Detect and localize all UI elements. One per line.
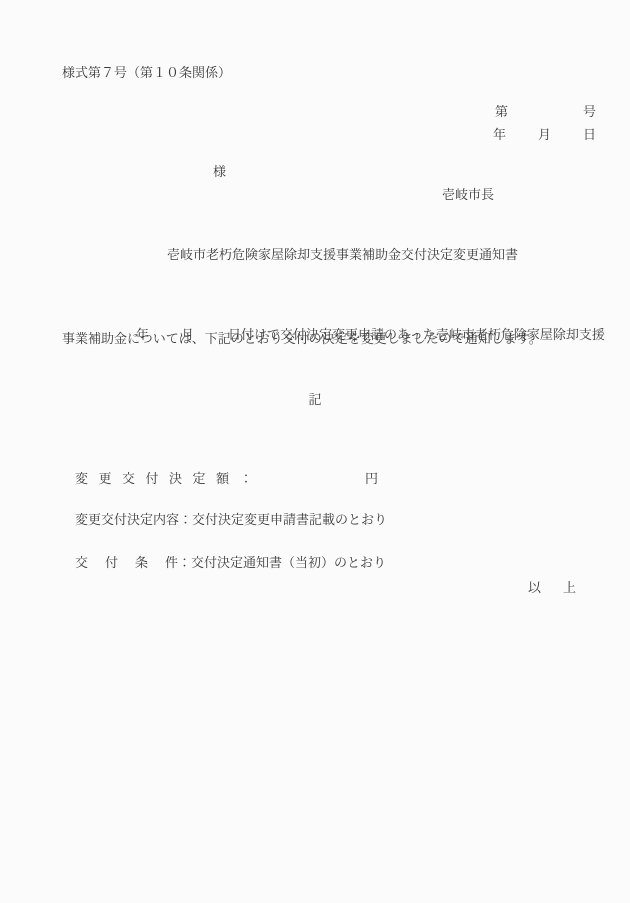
blank-amount-value <box>263 482 365 483</box>
addressee-suffix: 様 <box>213 164 226 179</box>
record-marker: 記 <box>0 391 630 408</box>
blank-date-month <box>506 138 538 139</box>
content-value: ：交付決定変更申請書記載のとおり <box>179 512 387 527</box>
date-line: 年月日 <box>480 109 596 160</box>
document-title: 壱岐市老朽危険家屋除却支援事業補助金交付決定変更通知書 <box>167 246 518 263</box>
date-day-label: 日 <box>583 127 596 142</box>
amount-unit: 円 <box>365 471 378 486</box>
sender-line: 壱岐市長 <box>442 186 494 203</box>
date-year-label: 年 <box>493 127 506 142</box>
body-line-2: 事業補助金については、下記のとおり交付の決定を変更しましたので通知します。 <box>62 330 542 347</box>
blank-date-day <box>551 138 583 139</box>
date-month-label: 月 <box>538 127 551 142</box>
addressee-line: 様 <box>200 146 226 197</box>
closing-line: 以 上 <box>528 579 581 596</box>
condition-label: 交付条件 <box>75 554 178 571</box>
content-label: 変更交付決定内容 <box>75 512 179 527</box>
condition-value: ：交付決定通知書（当初）のとおり <box>178 555 386 570</box>
document-page: 様式第７号（第１０条関係） 第号 年月日 様 壱岐市長 壱岐市老朽危険家屋除却支… <box>0 0 630 903</box>
amount-label: 変更交付決定額： <box>75 471 263 486</box>
condition-line: 交付条件：交付決定通知書（当初）のとおり <box>62 537 386 588</box>
form-number: 様式第７号（第１０条関係） <box>62 64 231 81</box>
